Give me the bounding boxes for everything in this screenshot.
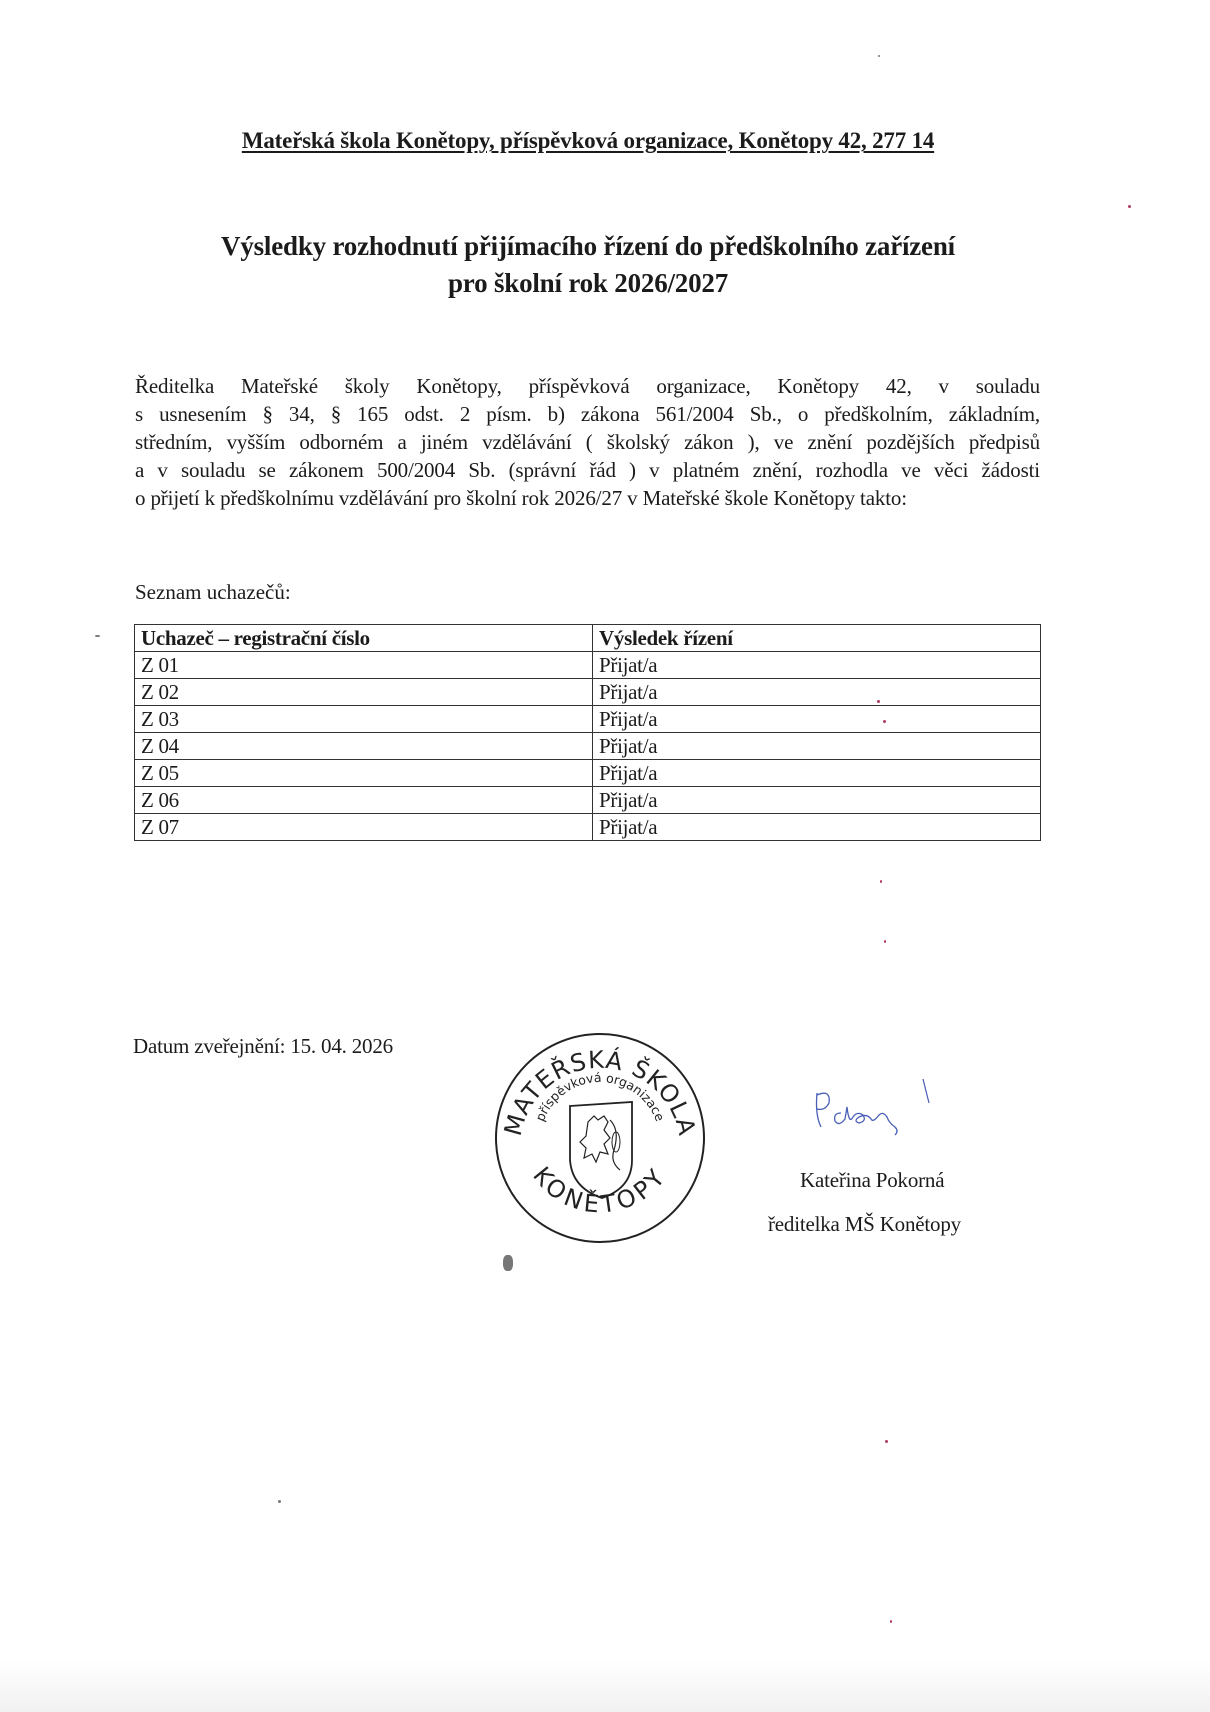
applicant-id-cell: Z 06 [135,787,593,814]
table-body: Z 01Přijat/aZ 02Přijat/aZ 03Přijat/aZ 04… [135,652,1041,841]
signer-name: Kateřina Pokorná [800,1168,944,1193]
column-header-result: Výsledek řízení [593,625,1041,652]
stamp-top-text: MATEŘSKÁ ŠKOLA [499,1045,701,1139]
signature [805,1075,935,1145]
czech-lion-shield-icon [570,1102,632,1198]
table-row: Z 06Přijat/a [135,787,1041,814]
intro-line: středním, vyšším odborném a jiném vzdělá… [135,428,1040,456]
svg-text:KONĚTOPY: KONĚTOPY [527,1162,672,1219]
table-row: Z 02Přijat/a [135,679,1041,706]
column-header-applicant-id: Uchazeč – registrační číslo [135,625,593,652]
result-cell: Přijat/a [593,760,1041,787]
applicant-id-cell: Z 07 [135,814,593,841]
result-cell: Přijat/a [593,679,1041,706]
applicants-table: Uchazeč – registrační číslo Výsledek říz… [134,624,1041,841]
applicant-id-cell: Z 04 [135,733,593,760]
publication-date: Datum zveřejnění: 15. 04. 2026 [133,1034,393,1059]
school-stamp: MATEŘSKÁ ŠKOLA příspěvková organizace KO… [492,1030,708,1246]
table-row: Z 03Přijat/a [135,706,1041,733]
intro-line: s usnesením § 34, § 165 odst. 2 písm. b)… [135,400,1040,428]
title-line-2: pro školní rok 2026/2027 [0,265,1176,302]
table-row: Z 05Přijat/a [135,760,1041,787]
signer-role: ředitelka MŠ Konětopy [768,1212,961,1237]
svg-text:MATEŘSKÁ ŠKOLA: MATEŘSKÁ ŠKOLA [499,1045,701,1139]
result-cell: Přijat/a [593,787,1041,814]
applicant-id-cell: Z 01 [135,652,593,679]
result-cell: Přijat/a [593,814,1041,841]
table-row: Z 07Přijat/a [135,814,1041,841]
result-cell: Přijat/a [593,652,1041,679]
page-title: Výsledky rozhodnutí přijímacího řízení d… [0,228,1176,302]
intro-line: Ředitelka Mateřské školy Konětopy, přísp… [135,372,1040,400]
applicant-id-cell: Z 03 [135,706,593,733]
intro-line: o přijetí k předškolnímu vzdělávání pro … [135,484,1040,512]
applicant-id-cell: Z 05 [135,760,593,787]
result-cell: Přijat/a [593,733,1041,760]
table-row: Z 01Přijat/a [135,652,1041,679]
table-header-row: Uchazeč – registrační číslo Výsledek říz… [135,625,1041,652]
intro-line: a v souladu se zákonem 500/2004 Sb. (spr… [135,456,1040,484]
intro-paragraph: Ředitelka Mateřské školy Konětopy, přísp… [135,372,1040,512]
stamp-bottom-text: KONĚTOPY [527,1162,672,1219]
title-line-1: Výsledky rozhodnutí přijímacího řízení d… [0,228,1176,265]
result-cell: Přijat/a [593,706,1041,733]
organization-header: Mateřská škola Konětopy, příspěvková org… [0,128,1176,154]
table-row: Z 04Přijat/a [135,733,1041,760]
applicant-list-label: Seznam uchazečů: [135,580,291,605]
applicant-id-cell: Z 02 [135,679,593,706]
